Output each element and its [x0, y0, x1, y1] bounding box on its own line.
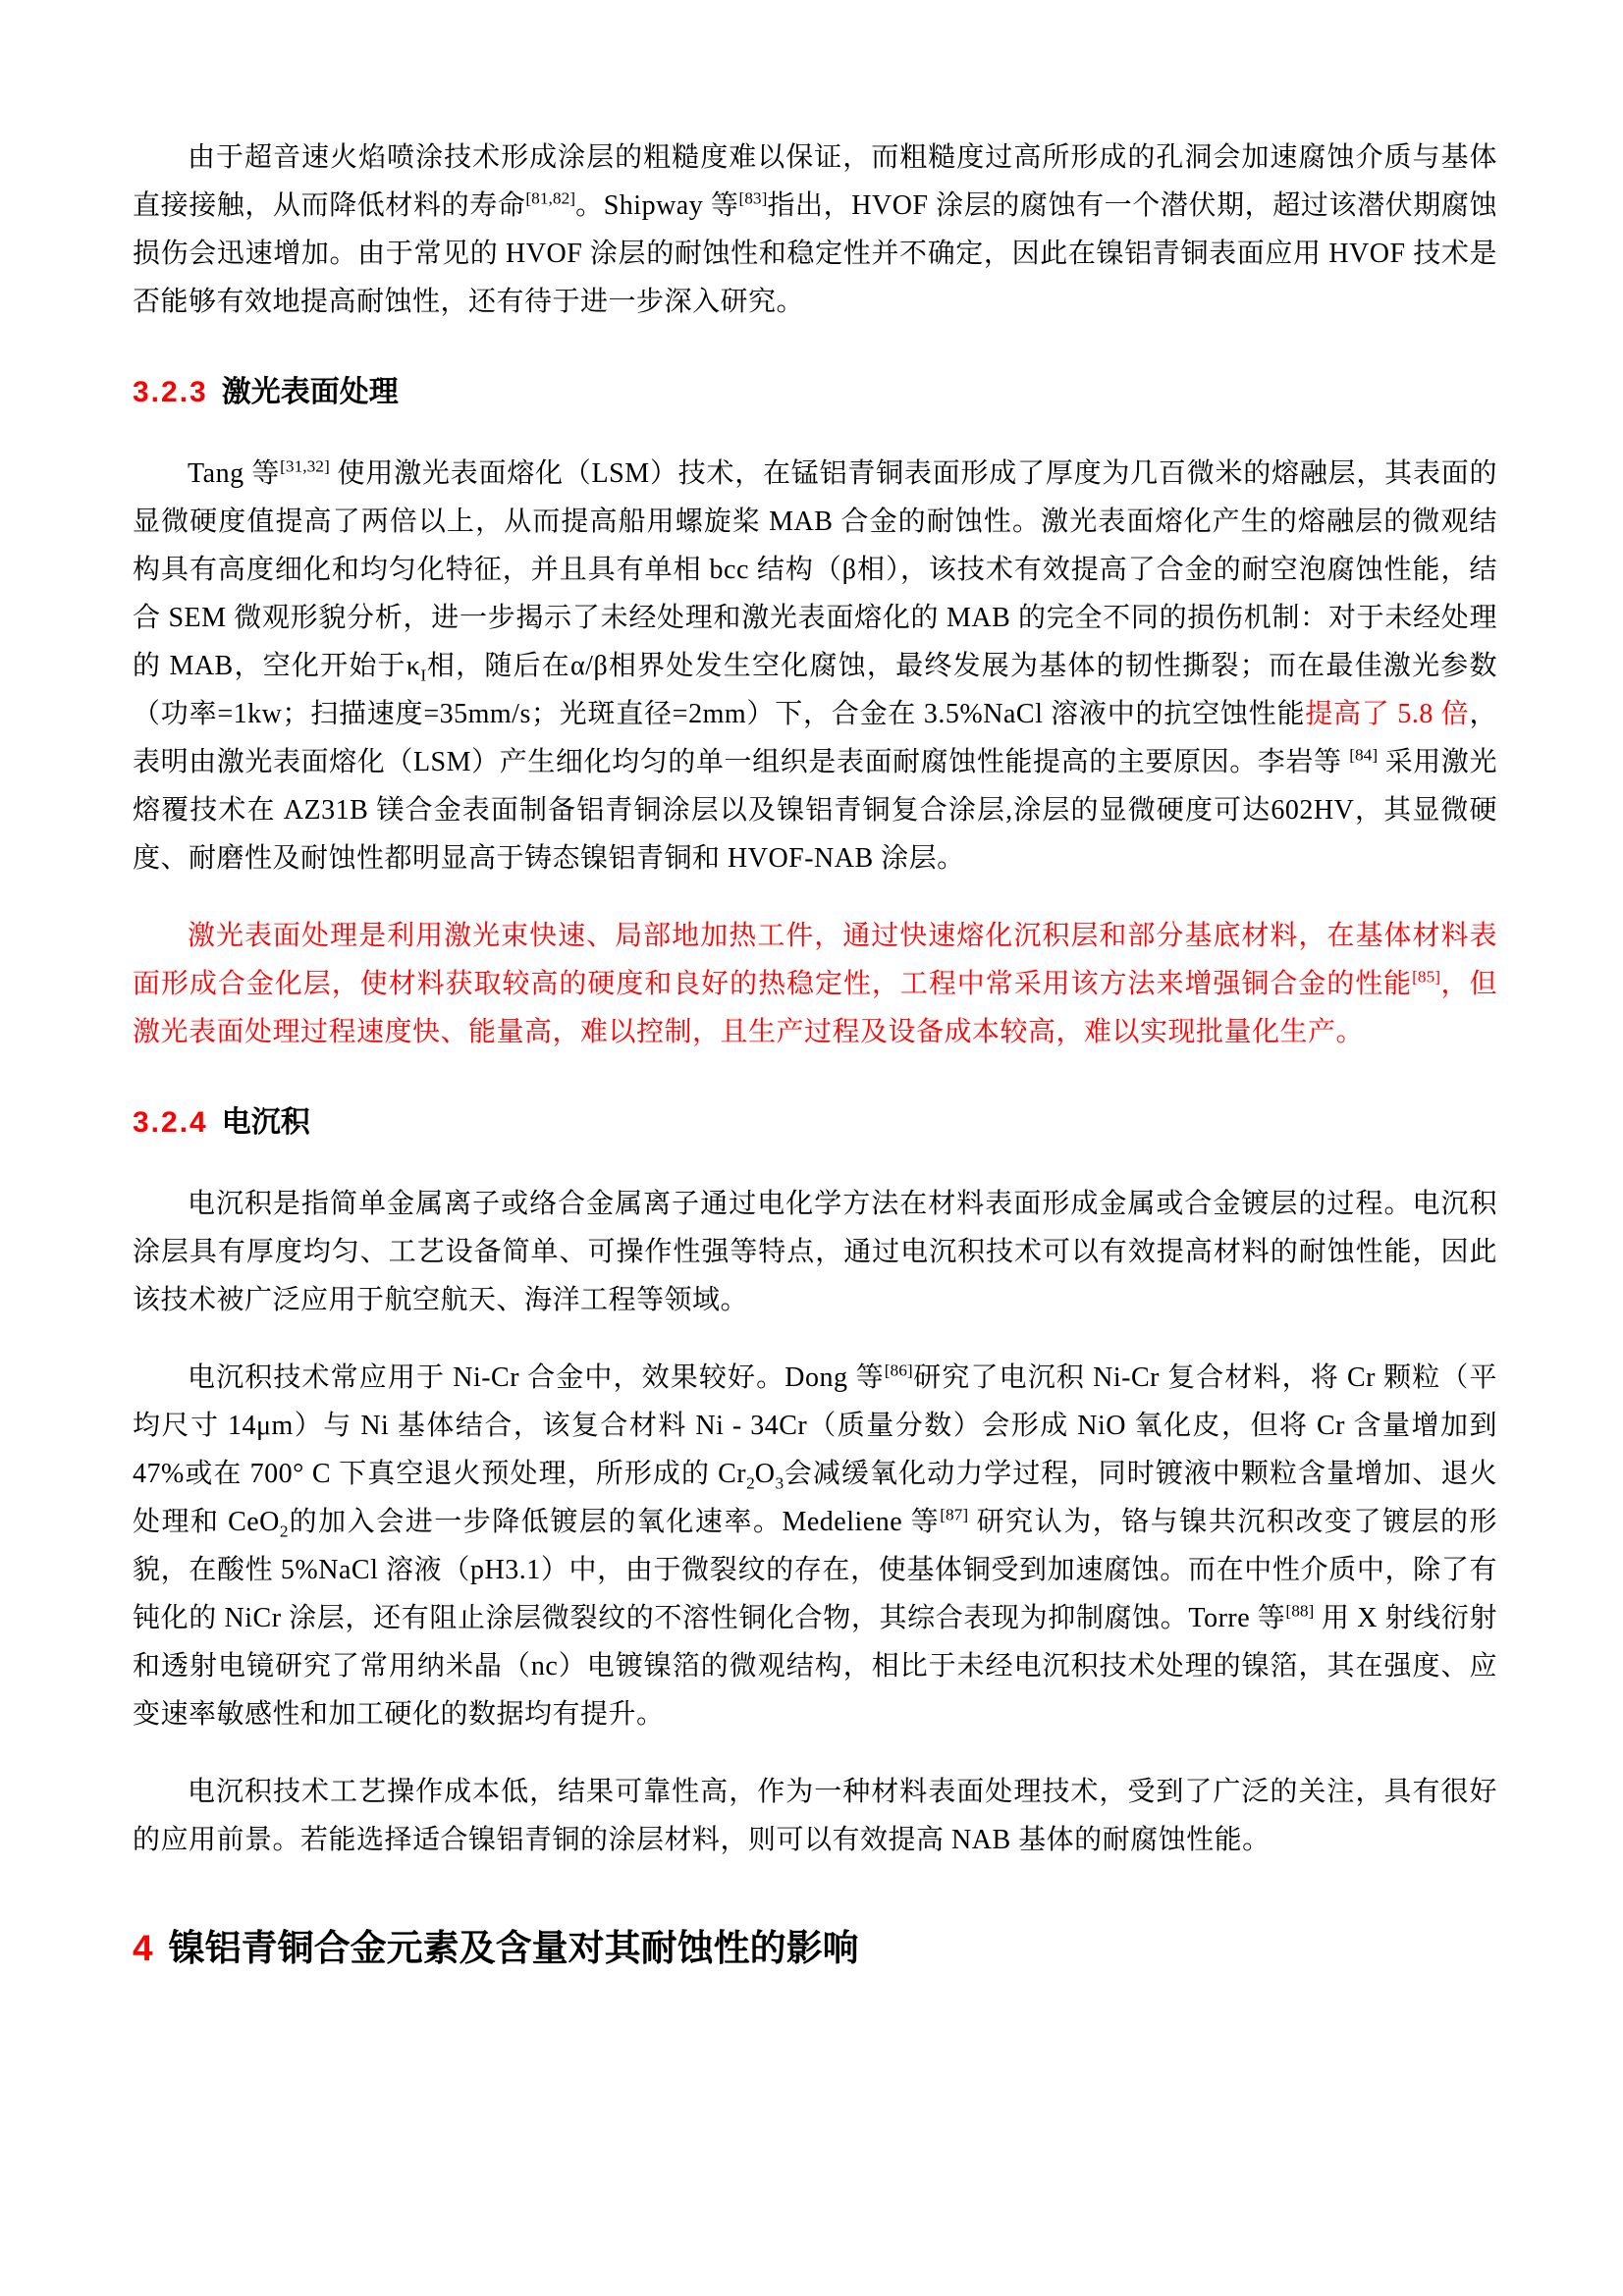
- text-run: 电沉积技术工艺操作成本低，结果可靠性高，作为一种材料表面处理技术，受到了广泛的关…: [133, 1777, 1497, 1855]
- heading-number: 3.2.4: [133, 1106, 208, 1139]
- citation-superscript: [84]: [1349, 746, 1378, 765]
- paragraph: 电沉积技术工艺操作成本低，结果可靠性高，作为一种材料表面处理技术，受到了广泛的关…: [133, 1768, 1497, 1864]
- section-heading-4: 4镍铝青铜合金元素及含量对其耐蚀性的影响: [133, 1925, 1497, 1972]
- citation-superscript: [83]: [738, 189, 767, 208]
- paragraph: 电沉积是指简单金属离子或络合金属离子通过电化学方法在材料表面形成金属或合金镀层的…: [133, 1180, 1497, 1324]
- text-run: Tang 等: [188, 458, 280, 489]
- paragraph: Tang 等[31,32] 使用激光表面熔化（LSM）技术，在锰铝青铜表面形成了…: [133, 450, 1497, 882]
- highlighted-text-run: 激光表面处理是利用激光束快速、局部地加热工件，通过快速熔化沉积层和部分基底材料，…: [133, 921, 1497, 999]
- heading-title: 激光表面处理: [222, 376, 399, 408]
- document-body: 由于超音速火焰喷涂技术形成涂层的粗糙度难以保证，而粗糙度过高所形成的孔洞会加速腐…: [133, 133, 1497, 1972]
- subscript: 3: [776, 1474, 784, 1493]
- highlighted-text-run: 提高了 5.8 倍: [1305, 699, 1469, 729]
- citation-superscript: [31,32]: [280, 457, 330, 476]
- citation-superscript: [85]: [1412, 968, 1440, 987]
- heading-title: 镍铝青铜合金元素及含量对其耐蚀性的影响: [169, 1928, 859, 1968]
- text-run: 使用激光表面熔化（LSM）技术，在锰铝青铜表面形成了厚度为几百微米的熔融层，其表…: [133, 458, 1497, 681]
- section-heading-3-2-4: 3.2.4电沉积: [133, 1103, 1497, 1143]
- text-run: 的加入会进一步降低镀层的氧化速率。Medeliene 等: [289, 1507, 941, 1537]
- text-run: 电沉积技术常应用于 Ni-Cr 合金中，效果较好。Dong 等: [188, 1362, 885, 1393]
- paragraph: 电沉积技术常应用于 Ni-Cr 合金中，效果较好。Dong 等[86]研究了电沉…: [133, 1354, 1497, 1738]
- text-run: 。Shipway 等: [575, 190, 738, 221]
- text-run: O: [755, 1459, 776, 1489]
- subscript: 2: [280, 1522, 289, 1541]
- citation-superscript: [88]: [1285, 1602, 1314, 1621]
- citation-superscript: [86]: [885, 1362, 913, 1380]
- heading-number: 3.2.3: [133, 376, 208, 408]
- document-page: 由于超音速火焰喷涂技术形成涂层的粗糙度难以保证，而粗糙度过高所形成的孔洞会加速腐…: [0, 0, 1623, 2296]
- section-heading-3-2-3: 3.2.3激光表面处理: [133, 373, 1497, 412]
- paragraph: 激光表面处理是利用激光束快速、局部地加热工件，通过快速熔化沉积层和部分基底材料，…: [133, 912, 1497, 1056]
- text-run: 电沉积是指简单金属离子或络合金属离子通过电化学方法在材料表面形成金属或合金镀层的…: [133, 1189, 1497, 1315]
- citation-superscript: [81,82]: [525, 189, 575, 208]
- heading-number: 4: [133, 1928, 155, 1968]
- heading-title: 电沉积: [222, 1106, 310, 1139]
- citation-superscript: [87]: [940, 1506, 968, 1524]
- subscript: 2: [746, 1474, 755, 1493]
- paragraph: 由于超音速火焰喷涂技术形成涂层的粗糙度难以保证，而粗糙度过高所形成的孔洞会加速腐…: [133, 133, 1497, 326]
